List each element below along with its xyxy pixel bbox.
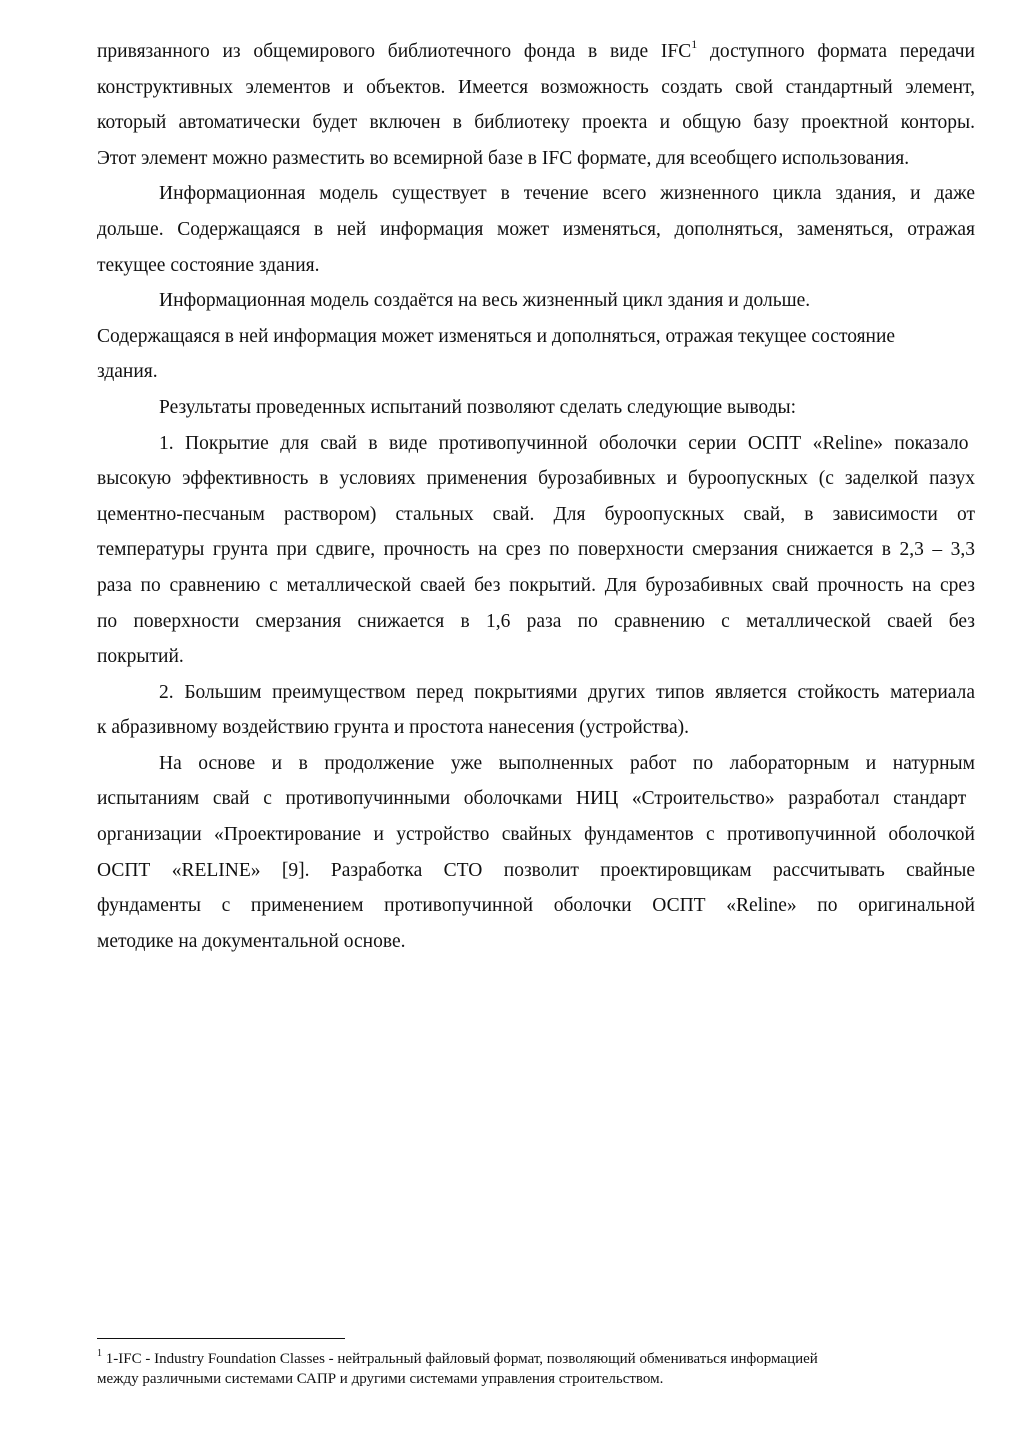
footnote-line-2: между различными системами САПР и другим… xyxy=(97,1369,957,1389)
footnote-separator xyxy=(97,1338,345,1339)
text-line: Информационная модель создаётся на весь … xyxy=(97,283,975,319)
text-line: фундаменты с применением противопучинной… xyxy=(97,888,975,924)
text-line: к абразивному воздействию грунта и прост… xyxy=(97,710,975,746)
text-line: методике на документальной основе. xyxy=(97,924,975,960)
text-line: На основе и в продолжение уже выполненны… xyxy=(97,746,975,782)
text-line: раза по сравнению с металлической сваей … xyxy=(97,568,975,604)
paragraph: На основе и в продолжение уже выполненны… xyxy=(97,746,975,960)
paragraph: Информационная модель создаётся на весь … xyxy=(97,283,975,390)
text-line: Результаты проведенных испытаний позволя… xyxy=(97,390,975,426)
text-line: 1. Покрытие для свай в виде противопучин… xyxy=(97,426,975,462)
text-line: привязанного из общемирового библиотечно… xyxy=(97,34,975,70)
paragraph: 2. Большим преимуществом перед покрытиям… xyxy=(97,675,975,746)
text-line: температуры грунта при сдвиге, прочность… xyxy=(97,532,975,568)
text-line: Информационная модель существует в течен… xyxy=(97,176,975,212)
text-line: текущее состояние здания. xyxy=(97,248,975,284)
paragraph: привязанного из общемирового библиотечно… xyxy=(97,34,975,176)
text-line: ОСПТ «RELINE» [9]. Разработка СТО позвол… xyxy=(97,853,975,889)
text-line: цементно-песчаным раствором) стальных св… xyxy=(97,497,975,533)
footnote: 1 1-IFC - Industry Foundation Classes - … xyxy=(97,1349,957,1389)
text-line: по поверхности смерзания снижается в 1,6… xyxy=(97,604,975,640)
text-line: организации «Проектирование и устройство… xyxy=(97,817,975,853)
footnote-reference[interactable]: 1 xyxy=(691,37,697,51)
text-line: Этот элемент можно разместить во всемирн… xyxy=(97,141,975,177)
document-body: привязанного из общемирового библиотечно… xyxy=(97,34,975,959)
text-line: дольше. Содержащаяся в ней информация мо… xyxy=(97,212,975,248)
text-line: Содержащаяся в ней информация может изме… xyxy=(97,319,975,355)
footnote-marker: 1 xyxy=(97,1348,102,1359)
text-line: 2. Большим преимуществом перед покрытиям… xyxy=(97,675,975,711)
text-line: покрытий. xyxy=(97,639,975,675)
paragraph: 1. Покрытие для свай в виде противопучин… xyxy=(97,426,975,675)
footnote-line-1: 1 1-IFC - Industry Foundation Classes - … xyxy=(97,1349,957,1369)
text-line: конструктивных элементов и объектов. Име… xyxy=(97,70,975,106)
text-line: высокую эффективность в условиях примене… xyxy=(97,461,975,497)
text-line: здания. xyxy=(97,354,975,390)
paragraph: Информационная модель существует в течен… xyxy=(97,176,975,283)
text-line: испытаниям свай с противопучинными оболо… xyxy=(97,781,975,817)
text-line: который автоматически будет включен в би… xyxy=(97,105,975,141)
paragraph: Результаты проведенных испытаний позволя… xyxy=(97,390,975,426)
